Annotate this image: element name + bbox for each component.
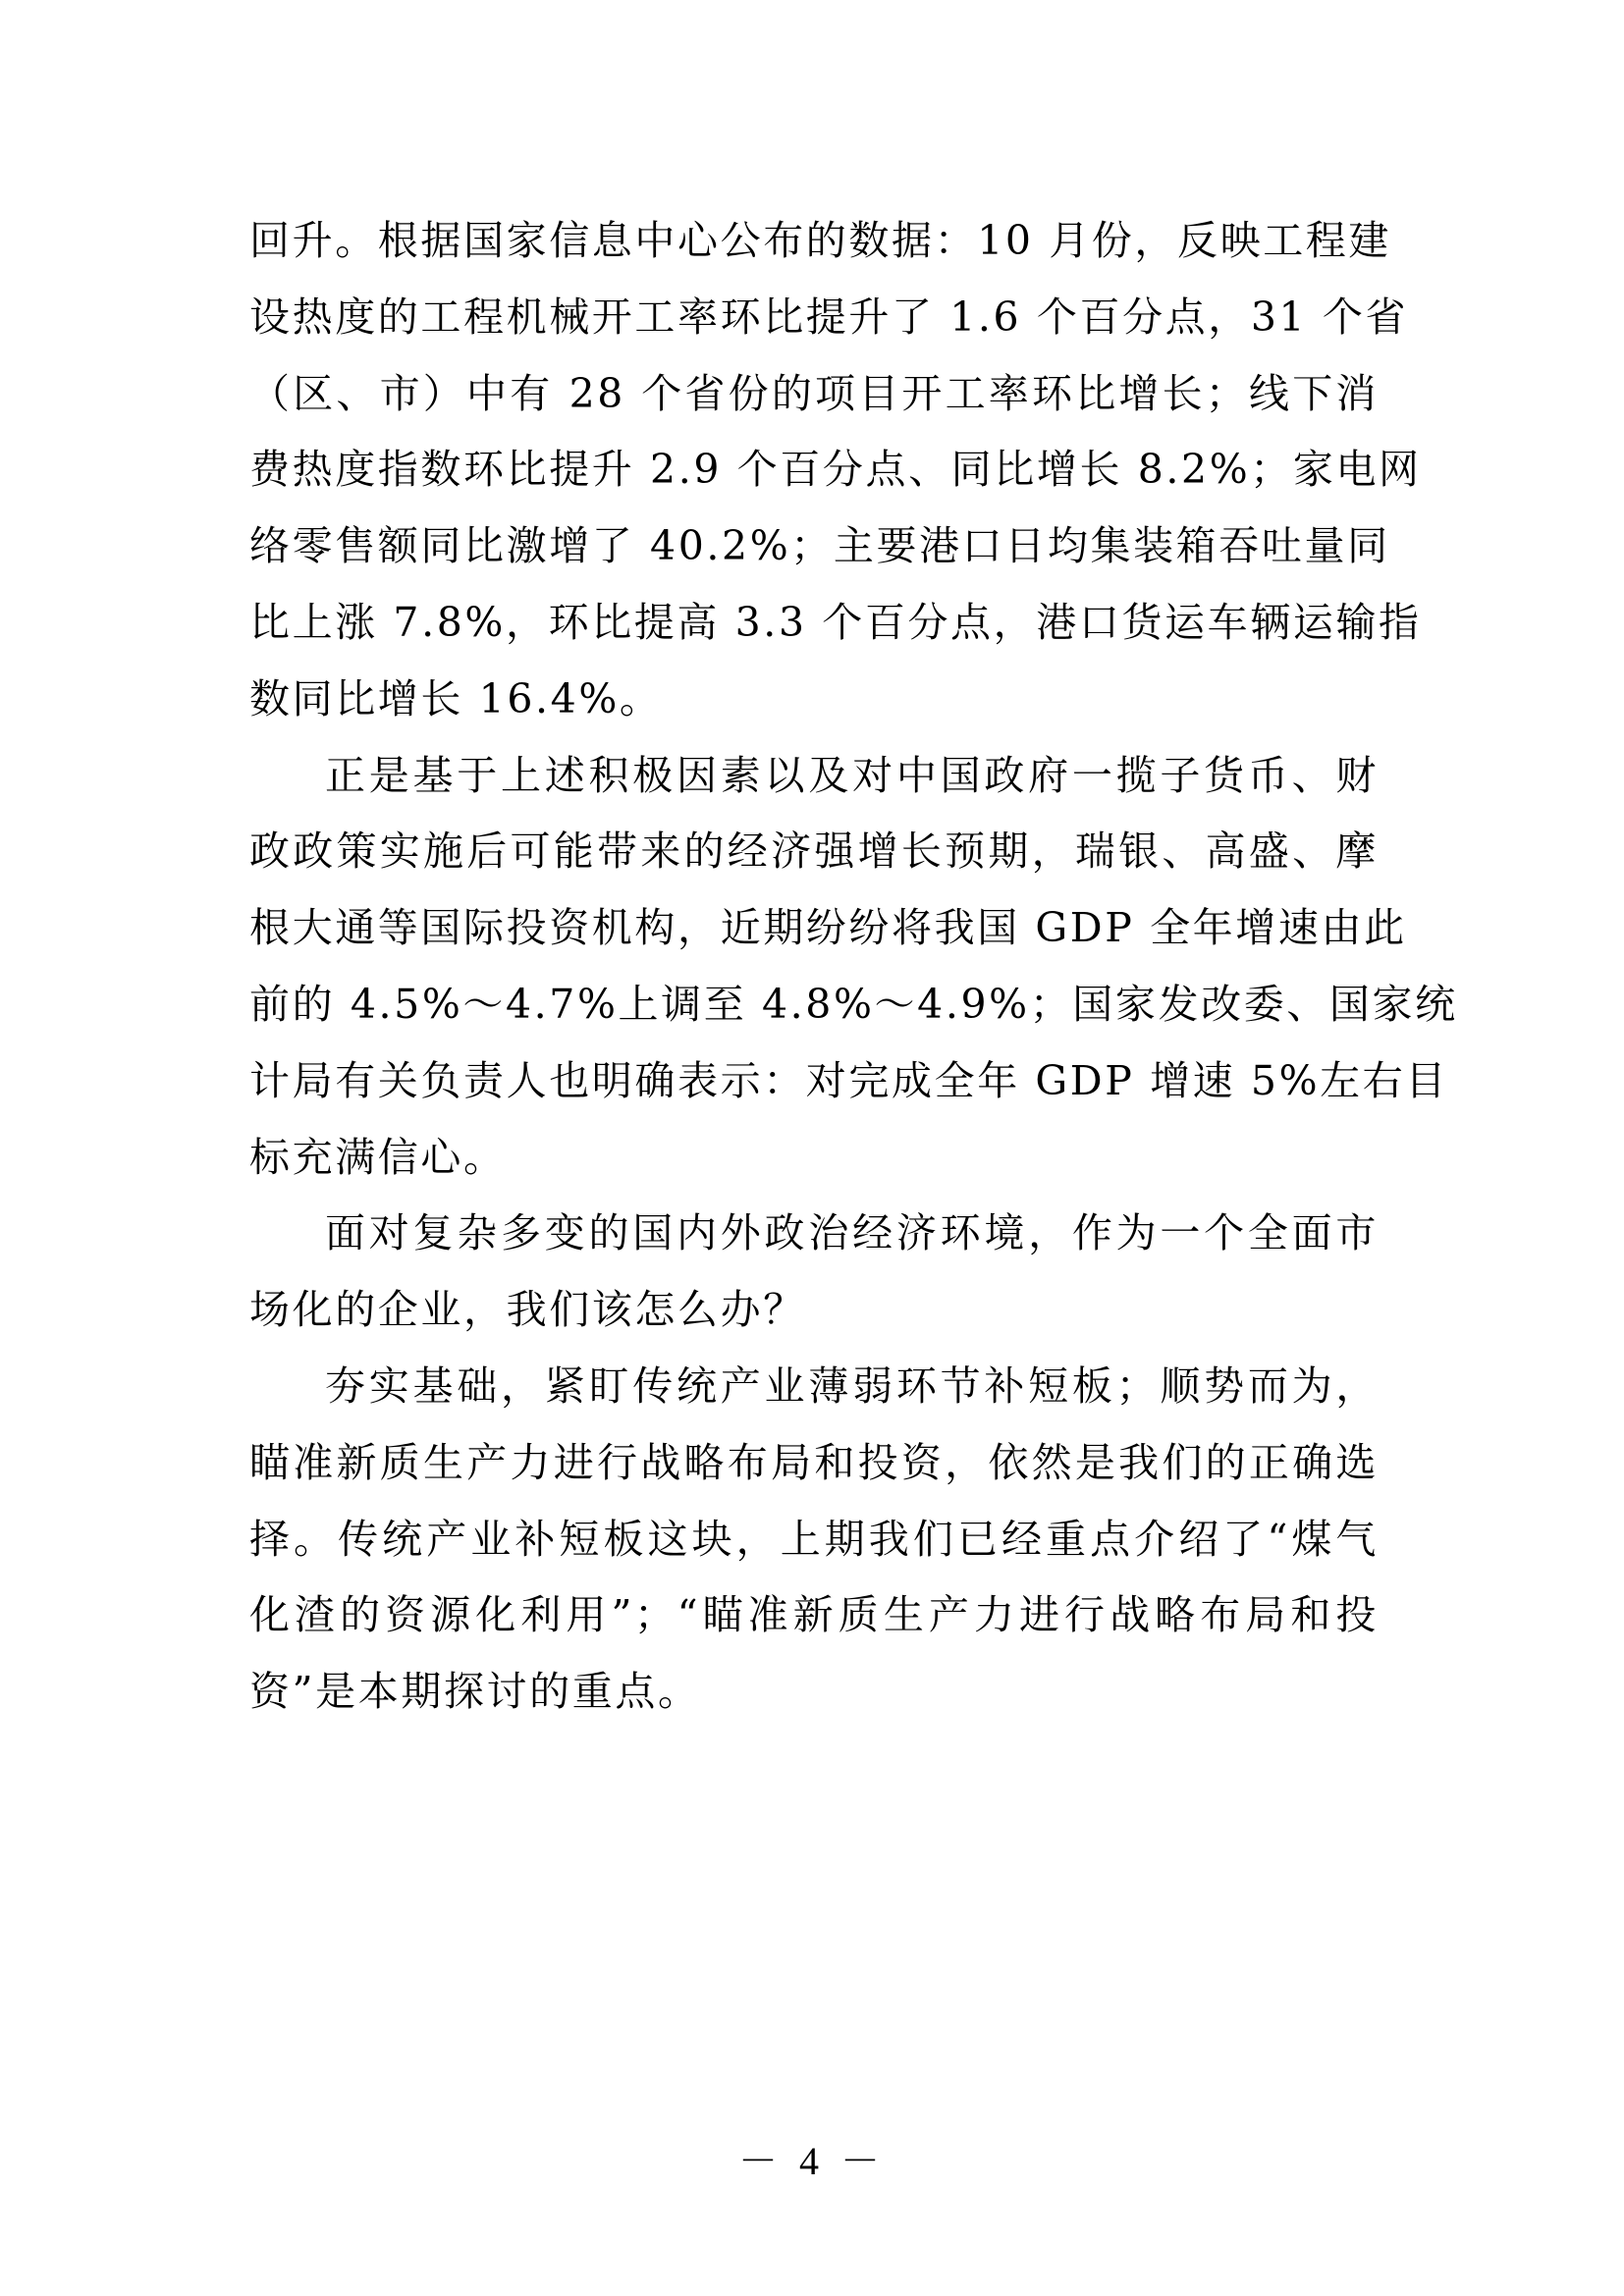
text-line: 夯实基础，紧盯传统产业薄弱环节补短板；顺势而为， xyxy=(249,1349,1379,1425)
text-line: 场化的企业，我们该怎么办？ xyxy=(249,1272,1379,1349)
text-line: （区、市）中有 28 个省份的项目开工率环比增长；线下消 xyxy=(249,356,1379,433)
document-page: 回升。根据国家信息中心公布的数据：10 月份，反映工程建 设热度的工程机械开工率… xyxy=(0,0,1624,2296)
text-line: 面对复杂多变的国内外政治经济环境，作为一个全面市 xyxy=(249,1196,1379,1272)
text-line: 计局有关负责人也明确表示：对完成全年 GDP 增速 5%左右目 xyxy=(249,1043,1379,1120)
page-number: － 4 － xyxy=(0,2138,1624,2185)
text-line: 化渣的资源化利用”；“瞄准新质生产力进行战略布局和投 xyxy=(249,1577,1379,1654)
text-line: 资”是本期探讨的重点。 xyxy=(249,1654,1379,1731)
text-line: 回升。根据国家信息中心公布的数据：10 月份，反映工程建 xyxy=(249,203,1379,280)
paragraph-economic-data: 回升。根据国家信息中心公布的数据：10 月份，反映工程建 设热度的工程机械开工率… xyxy=(249,203,1380,738)
text-line: 费热度指数环比提升 2.9 个百分点、同比增长 8.2%；家电网 xyxy=(249,432,1379,508)
text-line: 前的 4.5%～4.7%上调至 4.8%～4.9%；国家发改委、国家统 xyxy=(249,967,1379,1043)
text-line: 正是基于上述积极因素以及对中国政府一揽子货币、财 xyxy=(249,738,1379,815)
text-line: 比上涨 7.8%，环比提高 3.3 个百分点，港口货运车辆运输指 xyxy=(249,585,1379,662)
text-line: 设热度的工程机械开工率环比提升了 1.6 个百分点，31 个省 xyxy=(249,280,1379,356)
paragraph-gdp-forecast: 正是基于上述积极因素以及对中国政府一揽子货币、财 政政策实施后可能带来的经济强增… xyxy=(249,738,1380,1197)
paragraph-strategy: 夯实基础，紧盯传统产业薄弱环节补短板；顺势而为， 瞄准新质生产力进行战略布局和投… xyxy=(249,1349,1380,1731)
text-line: 瞄准新质生产力进行战略布局和投资，依然是我们的正确选 xyxy=(249,1425,1379,1502)
text-line: 政政策实施后可能带来的经济强增长预期，瑞银、高盛、摩 xyxy=(249,814,1379,890)
text-line: 数同比增长 16.4%。 xyxy=(249,662,1379,738)
paragraph-question: 面对复杂多变的国内外政治经济环境，作为一个全面市 场化的企业，我们该怎么办？ xyxy=(249,1196,1380,1349)
text-line: 标充满信心。 xyxy=(249,1120,1379,1197)
text-line: 络零售额同比激增了 40.2%；主要港口日均集装箱吞吐量同 xyxy=(249,508,1379,585)
text-line: 根大通等国际投资机构，近期纷纷将我国 GDP 全年增速由此 xyxy=(249,890,1379,967)
body-text: 回升。根据国家信息中心公布的数据：10 月份，反映工程建 设热度的工程机械开工率… xyxy=(249,203,1380,1731)
text-line: 择。传统产业补短板这块，上期我们已经重点介绍了“煤气 xyxy=(249,1502,1379,1578)
